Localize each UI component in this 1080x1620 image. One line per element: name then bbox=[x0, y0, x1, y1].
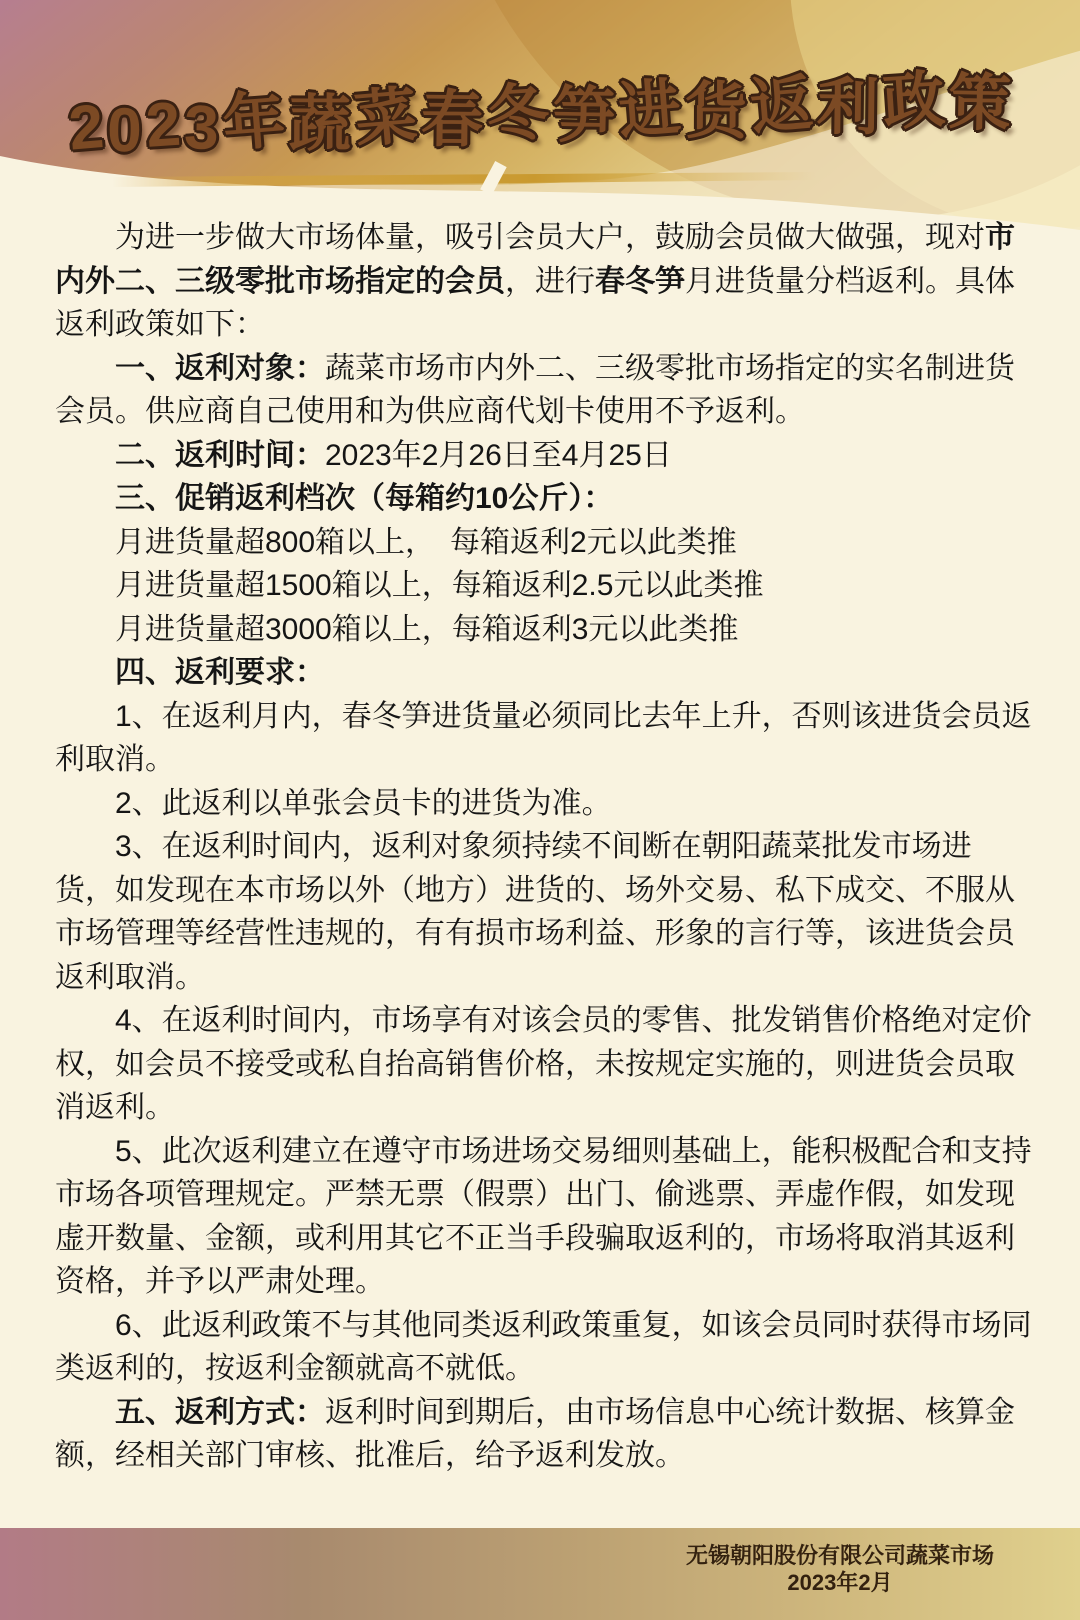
text-line: 五、返利方式：返利时间到期后，由市场信息中心统计数据、核算金 bbox=[55, 1391, 1022, 1435]
title-char: 2 bbox=[65, 75, 108, 182]
bold-text: 二、返利时间： bbox=[115, 439, 325, 472]
plain-text: ，进行 bbox=[505, 265, 595, 298]
plain-text: 1、在返利月内，春冬笋进货量必须同比去年上升，否则该进货会员返 bbox=[115, 700, 1032, 733]
text-line: 消返利。 bbox=[55, 1086, 1022, 1130]
title-char: 年 bbox=[219, 69, 289, 177]
text-line: 月进货量超1500箱以上，每箱返利2.5元以此类推 bbox=[55, 564, 1022, 608]
text-line: 利取消。 bbox=[55, 738, 1022, 782]
text-line: 为进一步做大市场体量，吸引会员大户，鼓励会员做大做强，现对市 bbox=[55, 216, 1022, 260]
header-banner: 2023年蔬菜春冬笋进货返利政策 bbox=[0, 0, 1080, 250]
text-line: 资格，并予以严肃处理。 bbox=[55, 1260, 1022, 1304]
text-line: 市场各项管理规定。严禁无票（假票）出门、偷逃票、弄虚作假，如发现 bbox=[55, 1173, 1022, 1217]
text-line: 货，如发现在本市场以外（地方）进货的、场外交易、私下成交、不服从 bbox=[55, 869, 1022, 913]
plain-text: 2、此返利以单张会员卡的进货为准。 bbox=[115, 787, 612, 820]
plain-text: 利取消。 bbox=[55, 743, 175, 776]
title-char: 2 bbox=[143, 73, 184, 179]
text-line: 5、此次返利建立在遵守市场进场交易细则基础上，能积极配合和支持 bbox=[55, 1130, 1022, 1174]
footer-company: 无锡朝阳股份有限公司蔬菜市场 bbox=[640, 1542, 1040, 1569]
text-line: 4、在返利时间内，市场享有对该会员的零售、批发销售价格绝对定价 bbox=[55, 999, 1022, 1043]
plain-text: 月进货量超800箱以上， 每箱返利2元以此类推 bbox=[115, 526, 737, 559]
plain-text: 权，如会员不接受或私自抬高销售价格，未按规定实施的，则进货会员取 bbox=[55, 1048, 1015, 1081]
plain-text: 消返利。 bbox=[55, 1091, 175, 1124]
title-char: 蔬 bbox=[289, 73, 351, 177]
plain-text: 3、在返利时间内，返利对象须持续不间断在朝阳蔬菜批发市场进 bbox=[115, 830, 972, 863]
plain-text: 月进货量超3000箱以上，每箱返利3元以此类推 bbox=[115, 613, 738, 646]
text-line: 2、此返利以单张会员卡的进货为准。 bbox=[55, 782, 1022, 826]
text-line: 返利取消。 bbox=[55, 956, 1022, 1000]
plain-text: 类返利的，按返利金额就高不就低。 bbox=[55, 1352, 535, 1385]
title-char: 策 bbox=[948, 52, 1012, 157]
title-char: 3 bbox=[183, 76, 220, 181]
text-line: 内外二、三级零批市场指定的会员，进行春冬笋月进货量分档返利。具体 bbox=[55, 260, 1022, 304]
plain-text: 月进货量超1500箱以上，每箱返利2.5元以此类推 bbox=[115, 569, 763, 602]
title-char: 笋 bbox=[552, 64, 616, 169]
text-line: 三、促销返利档次（每箱约10公斤）： bbox=[55, 477, 1022, 521]
title-char: 货 bbox=[685, 60, 747, 164]
title-char: 政 bbox=[879, 48, 948, 156]
title-char: 春 bbox=[420, 68, 483, 173]
text-line: 二、返利时间：2023年2月26日至4月25日 bbox=[55, 434, 1022, 478]
plain-text: 2023年2月26日至4月25日 bbox=[325, 439, 672, 472]
plain-text: 为进一步做大市场体量，吸引会员大户，鼓励会员做大做强，现对 bbox=[115, 221, 985, 254]
text-line: 类返利的，按返利金额就高不就低。 bbox=[55, 1347, 1022, 1391]
text-line: 权，如会员不接受或私自抬高销售价格，未按规定实施的，则进货会员取 bbox=[55, 1043, 1022, 1087]
text-line: 6、此返利政策不与其他同类返利政策重复，如该会员同时获得市场同 bbox=[55, 1304, 1022, 1348]
text-line: 返利政策如下： bbox=[55, 303, 1022, 347]
bold-text: 五、返利方式： bbox=[115, 1396, 325, 1429]
plain-text: 会员。供应商自己使用和为供应商代划卡使用不予返利。 bbox=[55, 395, 805, 428]
bold-text: 四、返利要求： bbox=[115, 656, 325, 689]
plain-text: 资格，并予以严肃处理。 bbox=[55, 1265, 385, 1298]
footer-date: 2023年2月 bbox=[640, 1569, 1040, 1596]
title-char: 返 bbox=[746, 52, 817, 161]
bold-text: 春冬笋 bbox=[595, 265, 685, 298]
text-line: 市场管理等经营性违规的，有有损市场利益、形象的言行等，该进货会员 bbox=[55, 912, 1022, 956]
title-char: 0 bbox=[107, 79, 143, 183]
poster: 2023年蔬菜春冬笋进货返利政策 为进一步做大市场体量，吸引会员大户，鼓励会员做… bbox=[0, 0, 1080, 1620]
plain-text: 返利政策如下： bbox=[55, 308, 265, 341]
plain-text: 5、此次返利建立在遵守市场进场交易细则基础上，能积极配合和支持 bbox=[115, 1135, 1032, 1168]
title-char: 进 bbox=[615, 56, 685, 164]
text-line: 月进货量超800箱以上， 每箱返利2元以此类推 bbox=[55, 521, 1022, 565]
plain-text: 货，如发现在本市场以外（地方）进货的、场外交易、私下成交、不服从 bbox=[55, 874, 1015, 907]
bold-text: 三、促销返利档次（每箱约10公斤）： bbox=[115, 482, 613, 515]
signature-block: 无锡朝阳股份有限公司蔬菜市场 2023年2月 bbox=[640, 1542, 1040, 1596]
plain-text: 额，经相关部门审核、批准后，给予返利发放。 bbox=[55, 1439, 685, 1472]
plain-text: 4、在返利时间内，市场享有对该会员的零售、批发销售价格绝对定价 bbox=[115, 1004, 1032, 1037]
text-line: 一、返利对象：蔬菜市场市内外二、三级零批市场指定的实名制进货 bbox=[55, 347, 1022, 391]
title-char: 利 bbox=[816, 56, 879, 161]
bold-text: 市 bbox=[985, 221, 1015, 254]
title-char: 菜 bbox=[351, 64, 422, 173]
plain-text: 虚开数量、金额，或利用其它不正当手段骗取返利的，市场将取消其返利 bbox=[55, 1222, 1015, 1255]
title-char: 冬 bbox=[483, 61, 552, 169]
text-line: 会员。供应商自己使用和为供应商代划卡使用不予返利。 bbox=[55, 390, 1022, 434]
plain-text: 市场管理等经营性违规的，有有损市场利益、形象的言行等，该进货会员 bbox=[55, 917, 1015, 950]
text-line: 额，经相关部门审核、批准后，给予返利发放。 bbox=[55, 1434, 1022, 1478]
bold-text: 内外二、三级零批市场指定的会员 bbox=[55, 265, 505, 298]
plain-text: 市场各项管理规定。严禁无票（假票）出门、偷逃票、弄虚作假，如发现 bbox=[55, 1178, 1015, 1211]
plain-text: 月进货量分档返利。具体 bbox=[685, 265, 1015, 298]
plain-text: 6、此返利政策不与其他同类返利政策重复，如该会员同时获得市场同 bbox=[115, 1309, 1032, 1342]
plain-text: 返利取消。 bbox=[55, 961, 205, 994]
text-line: 虚开数量、金额，或利用其它不正当手段骗取返利的，市场将取消其返利 bbox=[55, 1217, 1022, 1261]
policy-text: 为进一步做大市场体量，吸引会员大户，鼓励会员做大做强，现对市内外二、三级零批市场… bbox=[55, 216, 1022, 1478]
text-line: 1、在返利月内，春冬笋进货量必须同比去年上升，否则该进货会员返 bbox=[55, 695, 1022, 739]
text-line: 3、在返利时间内，返利对象须持续不间断在朝阳蔬菜批发市场进 bbox=[55, 825, 1022, 869]
text-line: 四、返利要求： bbox=[55, 651, 1022, 695]
bold-text: 一、返利对象： bbox=[115, 352, 325, 385]
text-line: 月进货量超3000箱以上，每箱返利3元以此类推 bbox=[55, 608, 1022, 652]
plain-text: 返利时间到期后，由市场信息中心统计数据、核算金 bbox=[325, 1396, 1015, 1429]
plain-text: 蔬菜市场市内外二、三级零批市场指定的实名制进货 bbox=[325, 352, 1015, 385]
footer-band: 无锡朝阳股份有限公司蔬菜市场 2023年2月 bbox=[0, 1528, 1080, 1620]
